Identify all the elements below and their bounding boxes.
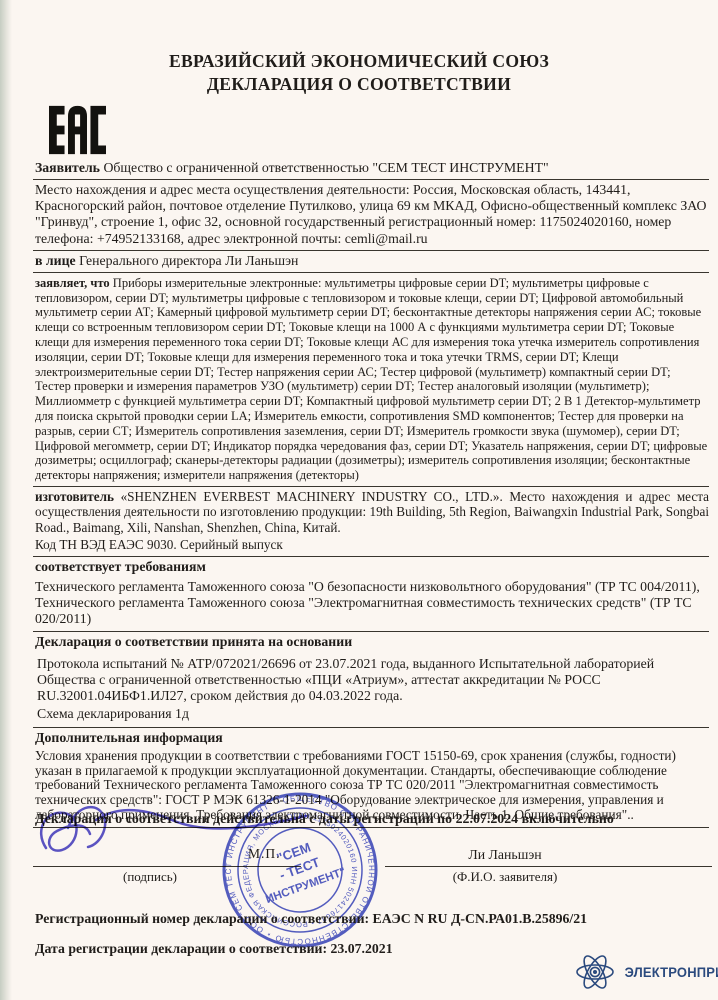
applicant-name: Ли Ланьшэн [380,847,630,863]
document-title: ЕВРАЗИЙСКИЙ ЭКОНОМИЧЕСКИЙ СОЮЗ ДЕКЛАРАЦИ… [0,50,718,95]
scheme-line: Схема декларирования 1д [35,705,709,724]
signature-caption: (подпись) [75,869,225,885]
manufacturer-text: «SHENZHEN EVERBEST MACHINERY INDUSTRY CO… [35,489,709,535]
registration-date-line: Дата регистрации декларации о соответств… [35,941,393,957]
applicant-row: Заявитель Общество с ограниченной ответс… [33,158,709,180]
document-body: Заявитель Общество с ограниченной ответс… [33,158,709,828]
name-caption: (Ф.И.О. заявителя) [380,869,630,885]
eac-logo-icon [49,101,106,164]
additional-header: Дополнительная информация [33,728,709,746]
conformity-text: Технического регламента Таможенного союз… [33,575,709,632]
representative-row: в лице Генерального директора Ли Ланьшэн [33,251,709,273]
brand-name: ЭЛЕКТРОНПРИБОР [625,965,718,980]
manufacturer-row: изготовитель «SHENZHEN EVERBEST MACHINER… [33,487,709,557]
applicant-value: Общество с ограниченной ответственностью… [103,160,548,175]
basis-block: Протокола испытаний № АТР/072021/26696 о… [33,650,709,728]
declares-label: заявляет, что [35,276,110,290]
declaration-document: ЕВРАЗИЙСКИЙ ЭКОНОМИЧЕСКИЙ СОЮЗ ДЕКЛАРАЦИ… [0,0,718,1000]
title-union: ЕВРАЗИЙСКИЙ ЭКОНОМИЧЕСКИЙ СОЮЗ [0,50,718,73]
address-text: Место нахождения и адрес места осуществл… [35,182,707,246]
hs-code-line: Код ТН ВЭД ЕАЭС 9030. Серийный выпуск [35,537,709,552]
representative-value: Генерального директора Ли Ланьшэн [79,253,298,268]
manufacturer-label: изготовитель [35,489,114,504]
representative-label: в лице [35,253,76,268]
name-line [385,866,712,867]
title-declaration: ДЕКЛАРАЦИЯ О СООТВЕТСТВИИ [0,73,718,96]
declared-products-row: заявляет, что Приборы измерительные элек… [33,273,709,487]
basis-header: Декларация о соответствии принята на осн… [33,632,709,650]
scan-edge [0,0,12,1000]
footer-brand: ЭЛЕКТРОНПРИБОР [575,951,718,993]
basis-text: Протокола испытаний № АТР/072021/26696 о… [35,652,709,705]
atom-icon [575,951,615,993]
registration-number-line: Регистрационный номер декларации о соотв… [35,911,587,927]
declares-text: Приборы измерительные электронные: мульт… [35,276,707,482]
address-row: Место нахождения и адрес места осуществл… [33,180,709,251]
conformity-header: соответствует требованиям [33,557,709,575]
applicant-label: Заявитель [35,160,100,175]
